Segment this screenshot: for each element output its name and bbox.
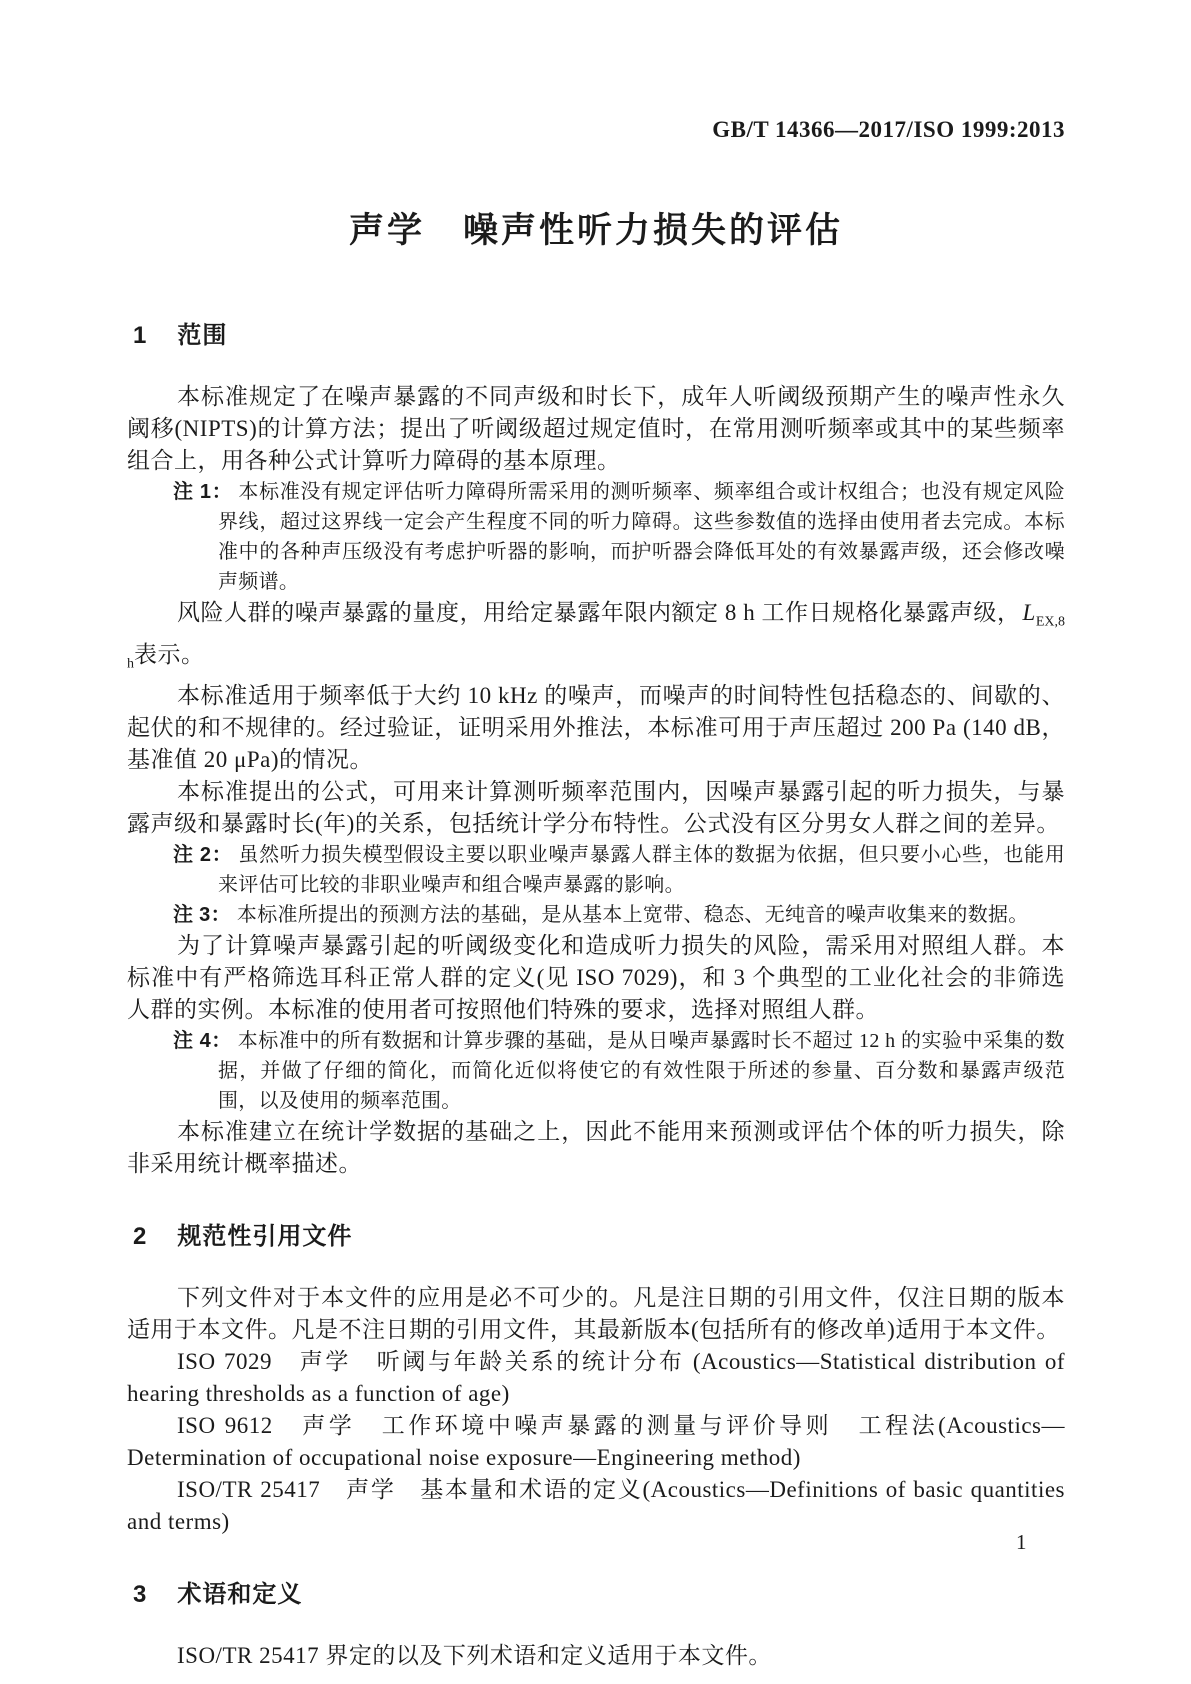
section-3: 3术语和定义ISO/TR 25417 界定的以及下列术语和定义适用于本文件。	[127, 1578, 1065, 1672]
document-page: GB/T 14366—2017/ISO 1999:2013 声学 噪声性听力损失…	[0, 0, 1191, 1684]
paragraph: 本标准规定了在噪声暴露的不同声级和时长下，成年人听阈级预期产生的噪声性永久阈移(…	[127, 381, 1065, 477]
section-heading: 3术语和定义	[127, 1578, 1065, 1612]
paragraph: 本标准建立在统计学数据的基础之上，因此不能用来预测或评估个体的听力损失，除非采用…	[127, 1116, 1065, 1180]
section-2: 2规范性引用文件下列文件对于本文件的应用是必不可少的。凡是注日期的引用文件，仅注…	[127, 1220, 1065, 1538]
section-number: 3	[133, 1578, 147, 1612]
reference-item: ISO/TR 25417 声学 基本量和术语的定义(Acoustics—Defi…	[127, 1474, 1065, 1538]
paragraph: 下列文件对于本文件的应用是必不可少的。凡是注日期的引用文件，仅注日期的版本适用于…	[127, 1282, 1065, 1346]
note-text: 本标准所提出的预测方法的基础，是从基本上宽带、稳态、无纯音的噪声收集来的数据。	[237, 904, 1029, 926]
reference-item: ISO 7029 声学 听阈与年龄关系的统计分布 (Acoustics—Stat…	[127, 1346, 1065, 1410]
formula-pre: 风险人群的噪声暴露的量度，用给定暴露年限内额定 8 h 工作日规格化暴露声级，	[177, 600, 1021, 625]
note: 注 3：本标准所提出的预测方法的基础，是从基本上宽带、稳态、无纯音的噪声收集来的…	[127, 900, 1065, 930]
section-heading: 1范围	[127, 319, 1065, 353]
note-text: 本标准中的所有数据和计算步骤的基础，是从日噪声暴露时长不超过 12 h 的实验中…	[218, 1030, 1065, 1112]
section-1: 1范围本标准规定了在噪声暴露的不同声级和时长下，成年人听阈级预期产生的噪声性永久…	[127, 319, 1065, 1180]
formula-post: 表示。	[134, 642, 205, 667]
section-number: 1	[133, 319, 147, 353]
document-title: 声学 噪声性听力损失的评估	[127, 207, 1065, 279]
note-label: 注 4：	[173, 1030, 232, 1052]
section-content: ISO/TR 25417 界定的以及下列术语和定义适用于本文件。	[127, 1640, 1065, 1672]
page-number: 1	[1016, 1528, 1027, 1556]
note-text: 虽然听力损失模型假设主要以职业噪声暴露人群主体的数据为依据，但只要小心些，也能用…	[218, 844, 1065, 896]
section-title: 范围	[177, 322, 227, 349]
note-label: 注 1：	[173, 481, 232, 503]
note-text: 本标准没有规定评估听力障碍所需采用的测听频率、频率组合或计权组合；也没有规定风险…	[218, 481, 1065, 593]
note: 注 1：本标准没有规定评估听力障碍所需采用的测听频率、频率组合或计权组合；也没有…	[127, 477, 1065, 597]
reference-item: ISO 9612 声学 工作环境中噪声暴露的测量与评价导则 工程法(Acoust…	[127, 1410, 1065, 1474]
section-heading: 2规范性引用文件	[127, 1220, 1065, 1254]
section-content: 下列文件对于本文件的应用是必不可少的。凡是注日期的引用文件，仅注日期的版本适用于…	[127, 1282, 1065, 1538]
section-number: 2	[133, 1220, 147, 1254]
standard-number-header: GB/T 14366—2017/ISO 1999:2013	[127, 115, 1065, 145]
note-label: 注 2：	[173, 844, 232, 866]
section-title: 规范性引用文件	[177, 1223, 352, 1250]
document-body: 1范围本标准规定了在噪声暴露的不同声级和时长下，成年人听阈级预期产生的噪声性永久…	[127, 319, 1065, 1672]
note-label: 注 3：	[173, 904, 231, 926]
paragraph: 本标准提出的公式，可用来计算测听频率范围内，因噪声暴露引起的听力损失，与暴露声级…	[127, 776, 1065, 840]
paragraph: ISO/TR 25417 界定的以及下列术语和定义适用于本文件。	[127, 1640, 1065, 1672]
section-title: 术语和定义	[177, 1581, 302, 1608]
paragraph: 为了计算噪声暴露引起的听阈级变化和造成听力损失的风险，需采用对照组人群。本标准中…	[127, 930, 1065, 1026]
note: 注 4：本标准中的所有数据和计算步骤的基础，是从日噪声暴露时长不超过 12 h …	[127, 1026, 1065, 1116]
paragraph: 本标准适用于频率低于大约 10 kHz 的噪声，而噪声的时间特性包括稳态的、间歇…	[127, 680, 1065, 776]
note: 注 2：虽然听力损失模型假设主要以职业噪声暴露人群主体的数据为依据，但只要小心些…	[127, 840, 1065, 900]
paragraph: 风险人群的噪声暴露的量度，用给定暴露年限内额定 8 h 工作日规格化暴露声级，L…	[127, 597, 1065, 680]
section-content: 本标准规定了在噪声暴露的不同声级和时长下，成年人听阈级预期产生的噪声性永久阈移(…	[127, 381, 1065, 1180]
level-symbol: L	[1021, 600, 1036, 625]
